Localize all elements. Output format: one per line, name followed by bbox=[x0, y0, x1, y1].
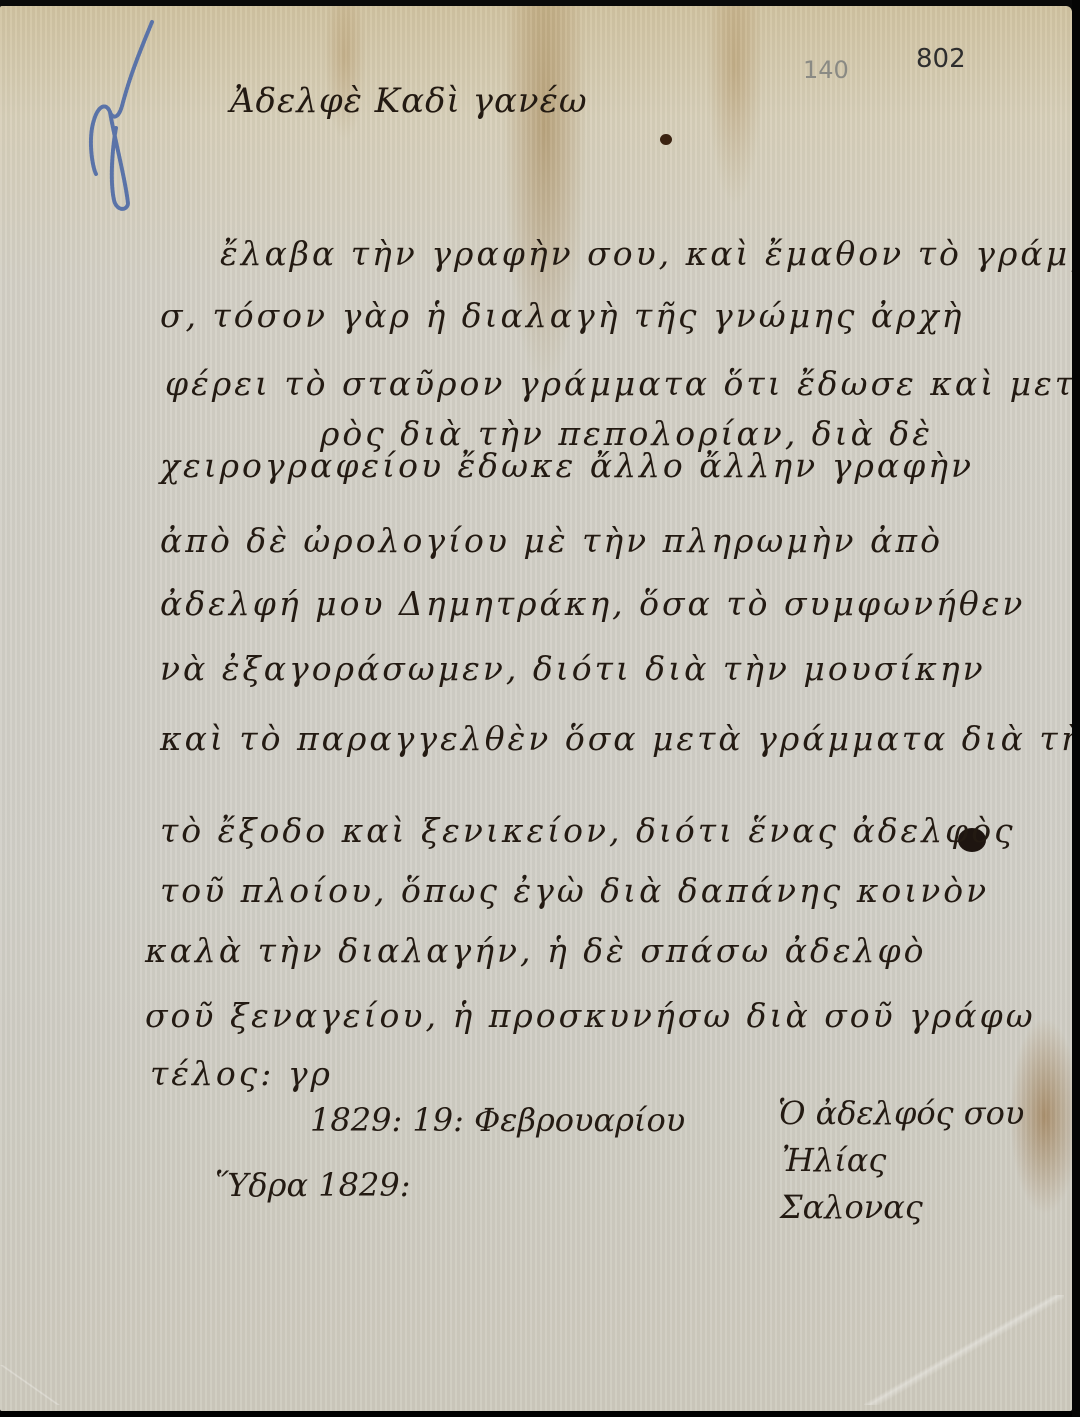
folded-corner-right bbox=[864, 1295, 1064, 1405]
body-line: τὸ ἔξοδο καὶ ξενικείον, διότι ἕνας ἀδελφ… bbox=[160, 811, 1016, 850]
body-line: φέρει τὸ σταῦρον γράμματα ὅτι ἔδωσε καὶ … bbox=[165, 364, 1072, 403]
body-line: νὰ ἐξαγοράσωμεν, διότι διὰ τὴν μουσίκην bbox=[160, 649, 986, 688]
body-line: καὶ τὸ παραγγελθὲν ὅσα μετὰ γράμματα διὰ… bbox=[160, 719, 1072, 758]
dateline-date: 1829: 19: Φεβρουαρίου bbox=[310, 1101, 685, 1139]
body-line: ἔλαβα τὴν γραφὴν σου, καὶ ἔμαθον τὸ γράμ… bbox=[220, 234, 1072, 273]
body-line: τοῦ πλοίου, ὅπως ἐγὼ διὰ δαπάνης κοινὸν bbox=[160, 871, 989, 910]
body-line: σ, τόσον γὰρ ἡ διαλαγὴ τῆς γνώμης ἀρχὴ bbox=[160, 296, 964, 335]
body-line: ἀπὸ δὲ ὠρολογίου μὲ τὴν πληρωμὴν ἀπὸ bbox=[160, 521, 943, 560]
body-line: χειρογραφείου ἔδωκε ἄλλο ἄλλην γραφὴν bbox=[160, 446, 974, 485]
folded-corner-left bbox=[0, 1365, 60, 1405]
dateline-place-year: Ὕδρα 1829: bbox=[215, 1166, 410, 1204]
scan-right-edge bbox=[1072, 0, 1080, 1417]
ink-blot bbox=[660, 134, 672, 145]
body-line: σοῦ ξεναγείου, ἡ προσκυνήσω διὰ σοῦ γράφ… bbox=[145, 996, 1036, 1035]
archival-number-faint: 140 bbox=[803, 56, 849, 84]
body-line: καλὰ τὴν διαλαγήν, ἡ δὲ σπάσω ἀδελφὸ bbox=[145, 931, 927, 970]
body-line: τέλος: γρ bbox=[150, 1054, 333, 1093]
signature-first-name: Ἠλίας bbox=[782, 1141, 886, 1179]
closing-phrase: Ὁ ἀδελφός σου bbox=[778, 1094, 1024, 1132]
signature-surname: Σαλονας bbox=[780, 1188, 923, 1226]
salutation: Ἀδελφὲ Καδὶ γανέω bbox=[230, 81, 588, 121]
body-line: ἀδελφή μου Δημητράκη, ὅσα τὸ συμφωνήθεν bbox=[160, 584, 1025, 623]
archival-number: 802 bbox=[916, 44, 966, 74]
manuscript-page: 140 802 Ἀδελφὲ Καδὶ γανέω ἔλαβα τὴν γραφ… bbox=[0, 6, 1072, 1411]
blue-crayon-mark bbox=[40, 16, 170, 216]
